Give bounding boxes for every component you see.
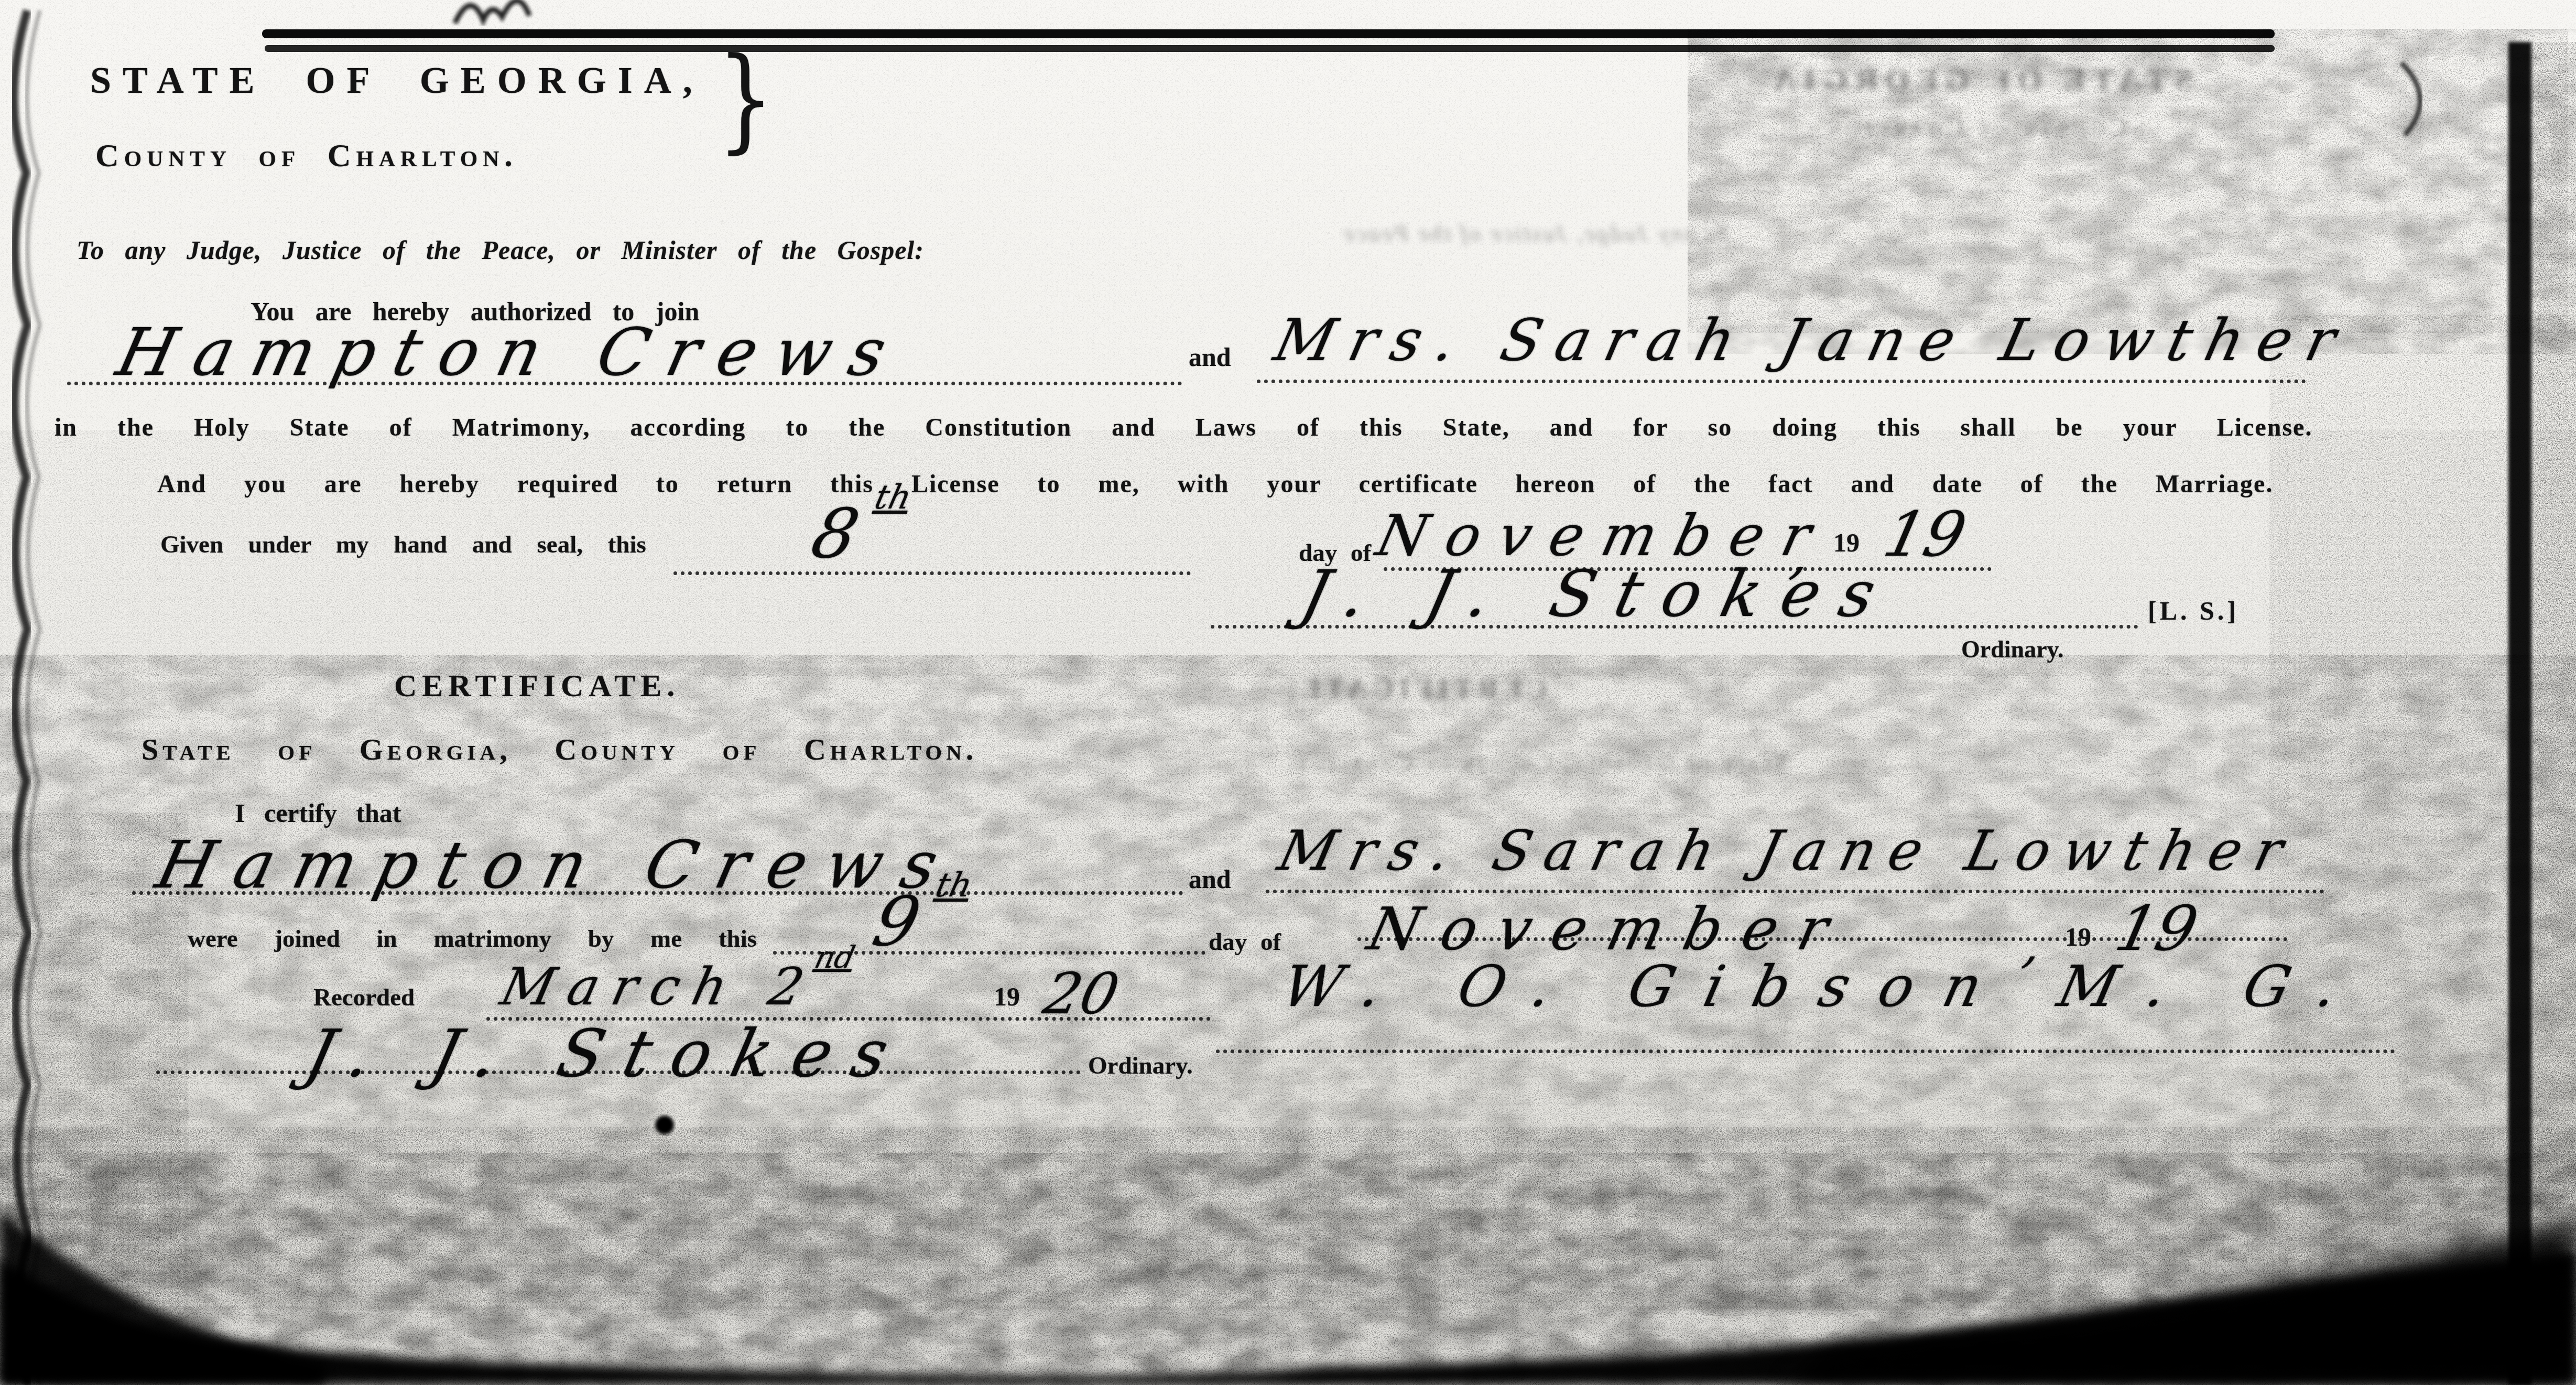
- certificate-recorded-year-script: 20: [1038, 961, 1125, 1027]
- certificate-month-value: November: [1362, 895, 1856, 964]
- binding-curve-echo: [27, 10, 42, 1385]
- certificate-recorded-suffix: nd: [811, 939, 858, 975]
- license-and-label: and: [1189, 342, 1231, 372]
- certificate-joined-line: were joined in matrimony by me this: [188, 925, 757, 953]
- ghost-state-line: STATE OF GEORGIA: [1766, 62, 2192, 98]
- license-bride-name: Mrs. Sarah Jane Lowther: [1268, 307, 2357, 374]
- license-seal-label: [L. S.]: [2148, 596, 2239, 626]
- top-edge-pen-stroke: [455, 1, 529, 23]
- certificate-and-label: and: [1189, 864, 1231, 894]
- top-rule-lower: [265, 45, 2275, 52]
- certificate-recorded-date: March 2: [495, 957, 823, 1017]
- certificate-minister-signature: W. O. Gibson M. G.: [1276, 954, 2374, 1020]
- bottom-right-black-region: [1782, 1221, 2576, 1385]
- noise-bottomband: [0, 1127, 2576, 1385]
- license-return-line: And you are hereby required to return th…: [157, 470, 2273, 499]
- ghost-certificate-title: CERTIFICATE.: [1284, 672, 1548, 705]
- license-day-value: 8: [805, 494, 866, 574]
- certificate-year-prefix: 19: [2065, 922, 2091, 952]
- binding-curve: [14, 10, 29, 1385]
- certificate-title: CERTIFICATE.: [394, 668, 680, 704]
- certificate-recorded-year-prefix: 19: [994, 981, 1020, 1012]
- ghost-county-line: County of Charlton: [1824, 112, 2127, 143]
- scanned-marriage-license-page: STATE OF GEORGIA County of Charlton To a…: [0, 0, 2576, 1385]
- header-county-line: County of Charlton.: [95, 137, 518, 175]
- noise-bottomband-blotch: [0, 1153, 2576, 1385]
- salutation-line: To any Judge, Justice of the Peace, or M…: [77, 235, 924, 265]
- right-edge-bar: [2508, 42, 2531, 1385]
- certificate-certify-line: I certify that: [235, 798, 401, 828]
- header-brace: }: [717, 48, 774, 150]
- license-year-prefix: 19: [1833, 527, 1860, 558]
- noise-rightstrip: [2269, 315, 2576, 1337]
- ink-dot: [655, 1116, 674, 1134]
- bottom-black-blob: [0, 1252, 2576, 1385]
- certificate-ordinary-label: Ordinary.: [1088, 1052, 1193, 1080]
- ghost-salutation-fragment: To any Judge, Justice of the Peace: [1342, 220, 1731, 247]
- license-bride-line: [1257, 380, 2306, 383]
- right-parenthesis-mark: [2401, 63, 2420, 135]
- license-ordinary-label: Ordinary.: [1961, 635, 2064, 663]
- top-rule-upper: [262, 29, 2275, 38]
- license-given-line: Given under my hand and seal, this: [160, 531, 646, 559]
- right-edge-outer-noise: [2530, 42, 2576, 1385]
- certificate-day-of-label: day of: [1209, 928, 1281, 956]
- certificate-bride-name: Mrs. Sarah Jane Lowther: [1273, 819, 2303, 883]
- license-day-line: [673, 571, 1191, 575]
- certificate-state-county-line: State of Georgia, County of Charlton.: [142, 732, 977, 767]
- license-matrimony-line: in the Holy State of Matrimony, accordin…: [55, 413, 2312, 442]
- license-groom-name: Hampton Crews: [110, 315, 912, 391]
- certificate-recorded-label: Recorded: [313, 983, 415, 1012]
- header-state-line: STATE OF GEORGIA,: [90, 59, 704, 102]
- bottom-left-black-wedge: [0, 1211, 325, 1385]
- certificate-ordinary-signature: J. J. Stokes: [299, 1016, 916, 1092]
- certificate-groom-name: Hampton Crews: [149, 827, 965, 903]
- license-ordinary-signature: J. J. Stokes: [1295, 557, 1904, 631]
- ghost-certificate-state-line: State of Georgia, County of Charlton.: [1284, 749, 1788, 776]
- certificate-minister-line: [1216, 1049, 2395, 1053]
